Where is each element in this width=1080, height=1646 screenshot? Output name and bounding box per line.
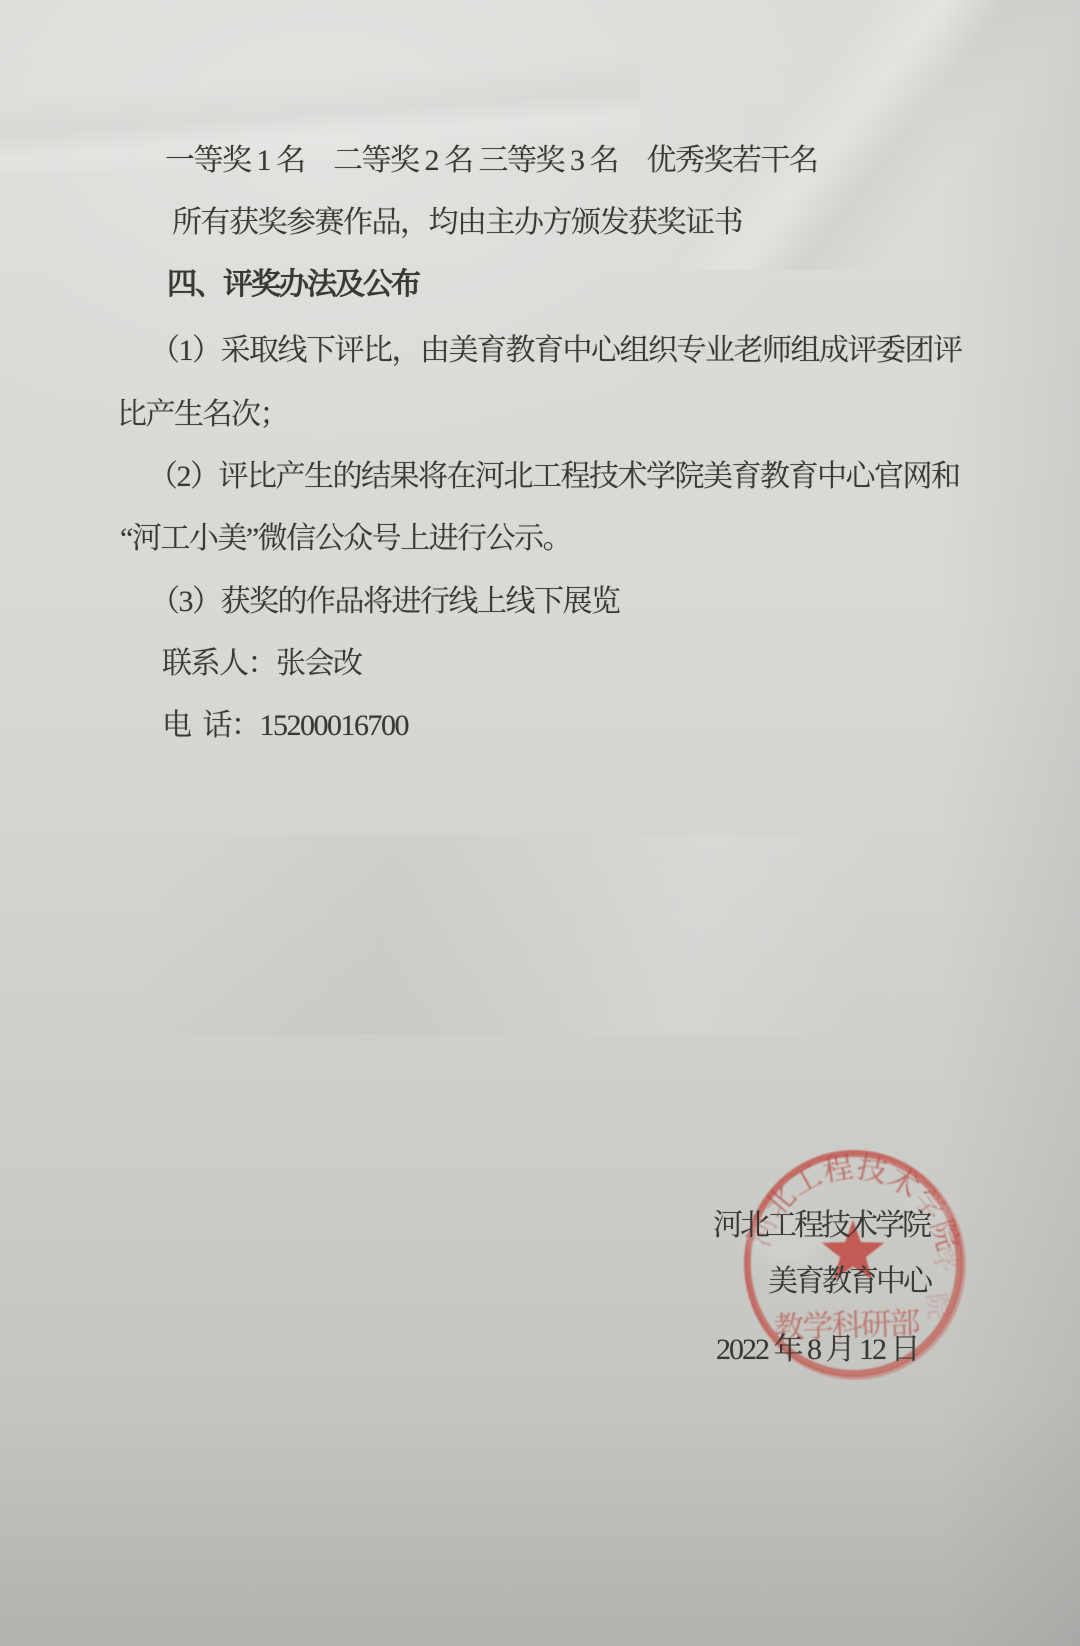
paper-shadow-bottom [0,1396,1080,1646]
item-1-continuation: 比产生名次； [117,389,288,433]
awards-tier-line: 一等奖 1 名 二等奖 2 名 三等奖 3 名 优秀奖若干名 [165,135,818,179]
signature-department: 美育教育中心 [768,1256,930,1300]
item-2-line: （2）评比产生的结果将在河北工程技术学院美育教育中心官网和 [148,451,960,495]
contact-phone-line: 电 话：15200016700 [162,700,408,744]
certificate-line: 所有获奖参赛作品，均由主办方颁发获奖证书 [172,197,742,241]
item-1-line: （1）采取线下评比，由美育教育中心组织专业老师组成评委团评 [150,325,962,369]
item-3-line: （3）获奖的作品将进行线上线下展览 [150,576,620,620]
paper-wrinkle-middle [0,835,1080,1035]
signature-institution: 河北工程技术学院 [713,1200,929,1244]
item-2-continuation: “河工小美”微信公众号上进行公示。 [120,513,571,557]
contact-name-line: 联系人：张会改 [162,638,362,682]
document-photo: 河北工程技术学院 教学科研部 学 院 一等奖 1 名 二等奖 2 名 三等奖 3… [0,0,1080,1646]
signature-date: 2022 年 8 月 12 日 [716,1324,919,1368]
section-heading: 四、评奖办法及公布 [167,259,419,303]
